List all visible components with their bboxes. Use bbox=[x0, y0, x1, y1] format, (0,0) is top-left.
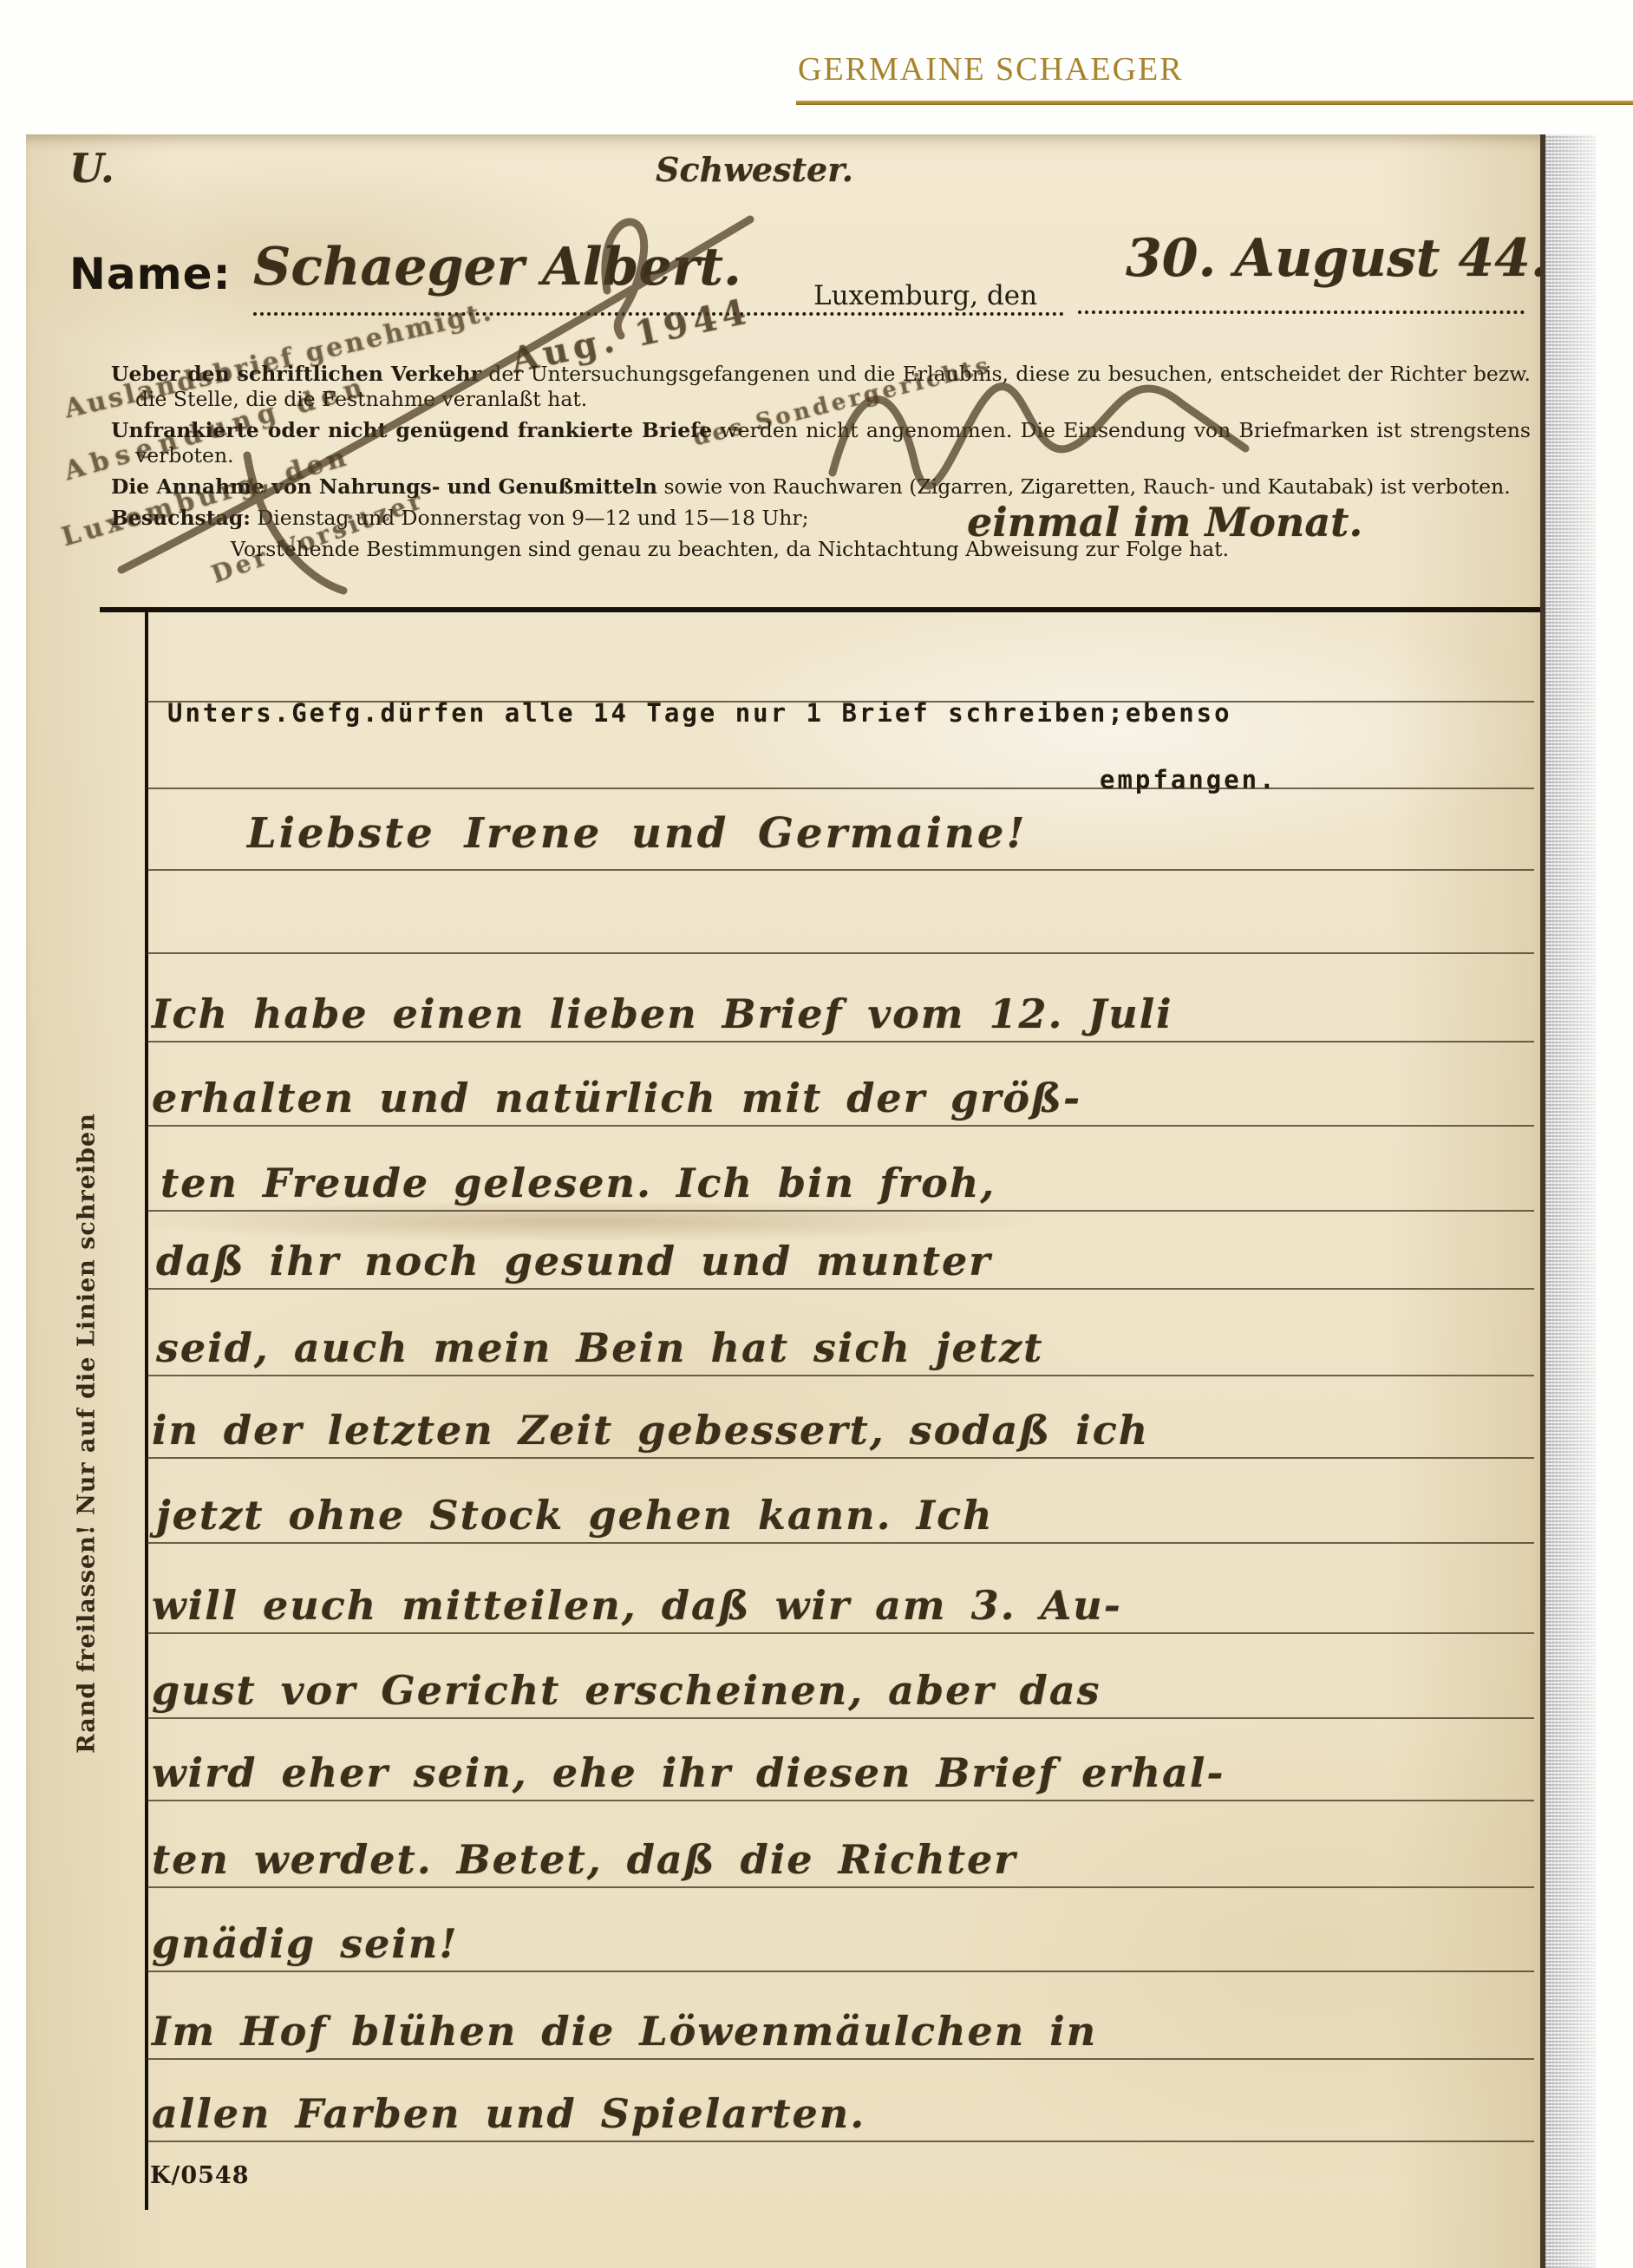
handwritten-schwester: Schwester. bbox=[656, 150, 853, 189]
handwritten-line: jetzt ohne Stock gehen kann. Ich bbox=[156, 1492, 994, 1539]
typed-restriction-line: Unters.Gefg.dürfen alle 14 Tage nur 1 Br… bbox=[167, 698, 1232, 728]
ruled-line bbox=[147, 2058, 1534, 2060]
handwritten-line: daß ihr noch gesund und munter bbox=[156, 1238, 991, 1284]
handwritten-line: ten Freude gelesen. Ich bin froh, bbox=[160, 1160, 996, 1206]
handwritten-line: seid, auch mein Bein hat sich jetzt bbox=[156, 1324, 1043, 1371]
title-underline bbox=[796, 101, 1633, 105]
ruled-line bbox=[147, 1717, 1534, 1719]
ruled-line bbox=[147, 1125, 1534, 1127]
handwritten-line: ten werdet. Betet, daß die Richter bbox=[152, 1836, 1016, 1883]
page-title: GERMAINE SCHAEGER bbox=[798, 50, 1184, 88]
book-page: GERMAINE SCHAEGER U. Schwester. Name: Sc… bbox=[0, 0, 1633, 2268]
ruled-line bbox=[147, 1457, 1534, 1459]
handwritten-line: erhalten und natürlich mit der größ- bbox=[152, 1075, 1081, 1121]
handwritten-line: Im Hof blühen die Löwenmäulchen in bbox=[152, 2008, 1097, 2055]
ruled-line bbox=[147, 1886, 1534, 1888]
ruled-line bbox=[147, 952, 1534, 954]
ruled-line bbox=[147, 2141, 1534, 2142]
ruled-line bbox=[147, 1971, 1534, 1972]
handwritten-line: will euch mitteilen, daß wir am 3. Au- bbox=[152, 1582, 1122, 1629]
typed-restriction-line2: empfangen. bbox=[1100, 765, 1277, 794]
thick-horizontal-rule bbox=[100, 607, 1540, 612]
handwritten-line: gnädig sein! bbox=[152, 1920, 459, 1967]
rotated-margin-instruction: Rand freilassen! Nur auf die Linien schr… bbox=[74, 1087, 101, 1781]
ruled-line bbox=[147, 701, 1534, 703]
ruled-line bbox=[147, 788, 1534, 789]
form-number: K/0548 bbox=[150, 2162, 249, 2189]
ruled-line bbox=[147, 1800, 1534, 1801]
handwritten-line: allen Farben und Spielarten. bbox=[152, 2090, 865, 2137]
handwritten-line: wird eher sein, ehe ihr diesen Brief erh… bbox=[152, 1749, 1225, 1796]
ruled-line bbox=[147, 1041, 1534, 1042]
ruled-line bbox=[147, 869, 1534, 871]
ruled-line bbox=[147, 1542, 1534, 1544]
handwritten-line: gust vor Gericht erscheinen, aber das bbox=[152, 1667, 1101, 1714]
ruled-line bbox=[147, 1632, 1534, 1634]
scanned-letter: U. Schwester. Name: Schaeger Albert. Lux… bbox=[26, 134, 1540, 2268]
handwritten-initial: U. bbox=[69, 145, 114, 192]
halftone-fade bbox=[1545, 134, 1623, 2268]
ruled-line bbox=[147, 1375, 1534, 1376]
ruled-line bbox=[147, 1288, 1534, 1290]
salutation-line: Liebste Irene und Germaine! bbox=[247, 809, 1027, 858]
pen-scrawl-signature bbox=[87, 186, 1327, 607]
ruled-line bbox=[147, 1210, 1534, 1212]
handwritten-line: in der letzten Zeit gebessert, sodaß ich bbox=[152, 1407, 1149, 1454]
handwritten-line: Ich habe einen lieben Brief vom 12. Juli bbox=[152, 990, 1173, 1037]
